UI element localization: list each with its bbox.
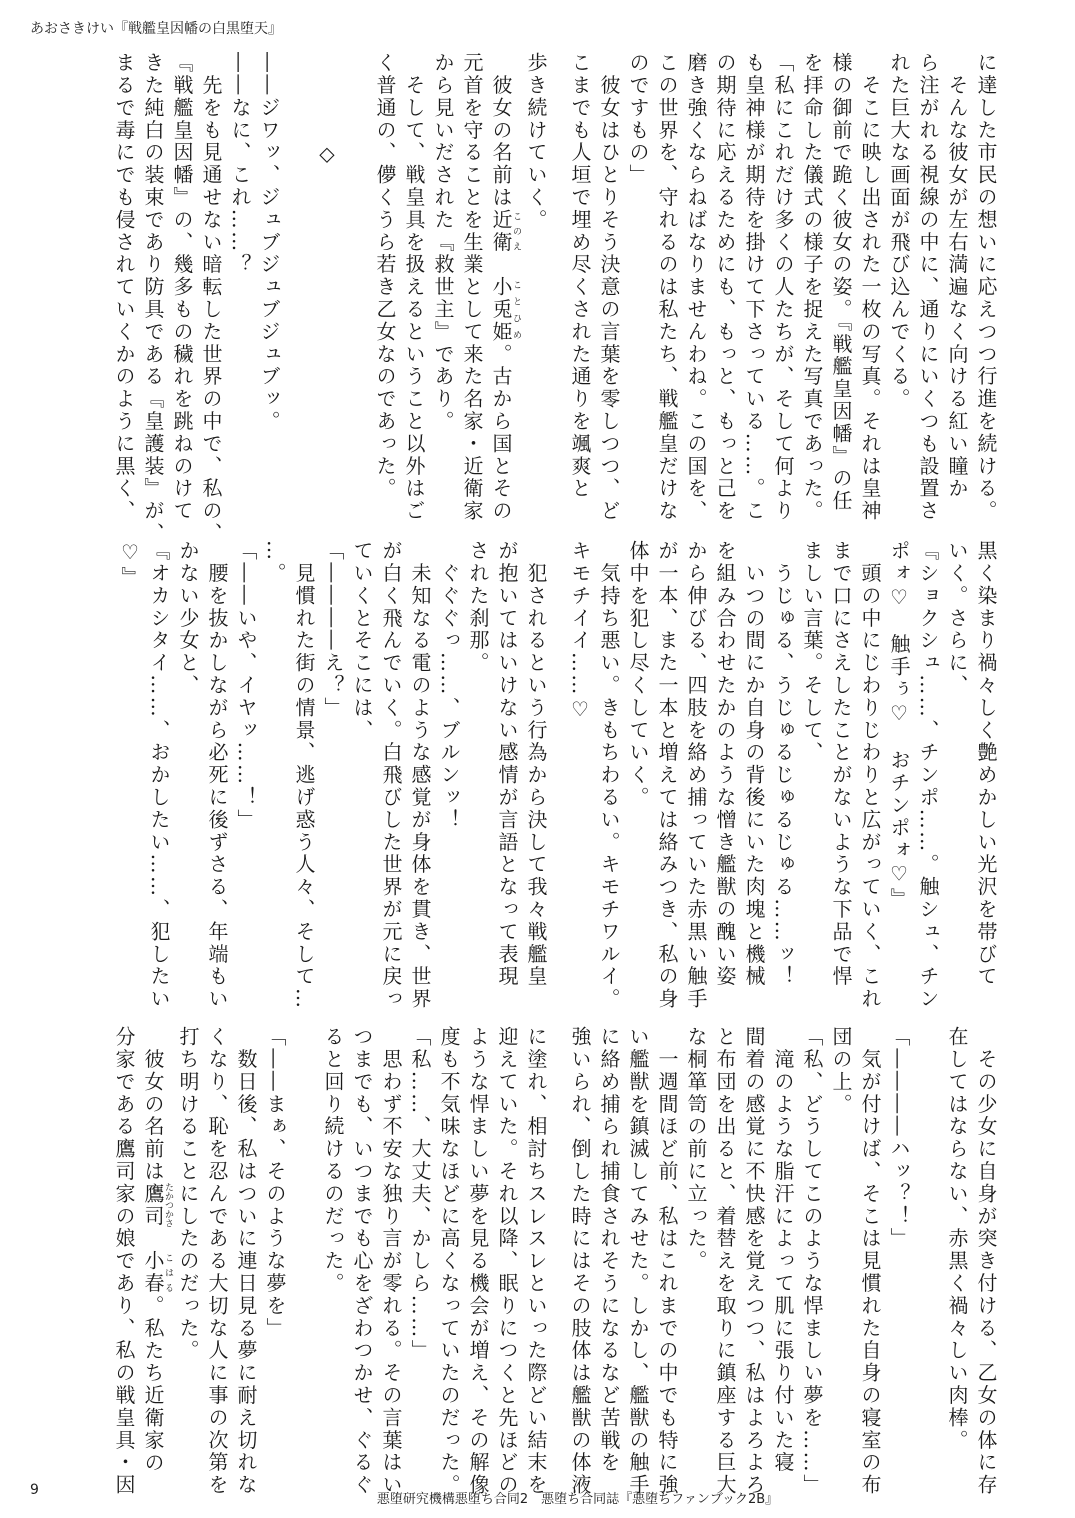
ruby-annotation: 近衛このえ [489, 209, 513, 254]
text-column: 「私にこれだけ多くの人たちが、そして何より [768, 52, 797, 502]
text-column: この世界を、守れるのは私たち、戦艦皇だけな [652, 52, 681, 502]
text-column: 強いられ、倒した時にはその肢体は艦獣の体液 [565, 1026, 594, 1476]
text-column: 黒く染まり禍々しく艶めかしい光沢を帯びて [971, 540, 1000, 990]
text-column: も皇神様が期待を掛けて下さっている……。こ [739, 52, 768, 502]
text-column: ――なに、これ……？ [225, 52, 254, 502]
text-column: まるで毒にでも侵されていくかのように黒く、 [109, 52, 138, 502]
text-column: ましい言葉。そして、 [797, 540, 826, 990]
tier-3-right-block: その少女に自身が突き付ける、乙女の体に存在してはならない、赤黒く禍々しい肉棒。 … [565, 1026, 1000, 1476]
text-column: 「――いや、イヤッ……！」 [231, 540, 260, 990]
text-column: 数日後、私はついに連日見る夢に耐え切れな [231, 1026, 260, 1476]
text-column: ら注がれる視線の中に、通りにいくつも設置さ [913, 52, 942, 502]
text-column: 未知なる電のような感覚が身体を貫き、世界 [405, 540, 434, 990]
text-column: 彼女はひとりそう決意の言葉を零しつつ、ど [594, 52, 623, 502]
text-column: 腰を抜かしながら必死に後ずさる、年端もい [202, 540, 231, 990]
text-column: 彼女の名前は鷹司たかつかさ 小春こはる。私たち近衛家の [138, 1026, 173, 1476]
text-column [341, 52, 370, 502]
text-column: が抱いてはいけない感情が言語となって表現 [492, 540, 521, 990]
text-column: 「――まぁ、そのような夢を」 [260, 1026, 289, 1476]
text-column: された刹那。 [463, 540, 492, 990]
text-column: くなり、恥を忍んである大切な人に事の次第を [202, 1026, 231, 1476]
text-column: 元首を守ることを生業として来た名家・近衛家 [457, 52, 486, 502]
text-column: 分家である鷹司家の娘であり、私の戦皇具・因 [109, 1026, 138, 1476]
text-column: 一週間ほど前、私はこれまでの中でも特に強 [652, 1026, 681, 1476]
text-column: ると回り続けるのだった。 [318, 1026, 347, 1476]
text-column: うじゅる、うじゅるじゅるじゅる……ッ！ [768, 540, 797, 990]
text-column: 思わず不安な独り言が零れる。その言葉はい [376, 1026, 405, 1476]
tier-1-left-block: 歩き続けていく。 彼女の名前は近衛このえ 小兎姫ことひめ。古から国とその元首を守… [109, 52, 550, 502]
text-column [283, 52, 312, 502]
text-column: 「私、どうしてこのような悍ましい夢を……」 [797, 1026, 826, 1476]
text-column: 『オカシタイ……、おかしたい……、犯したい [144, 540, 173, 990]
text-column: 迎えていた。それ以降、眠りにつくと先ほどの [492, 1026, 521, 1476]
text-column: ていくとそこには、 [347, 540, 376, 990]
text-column: から見いだされた『救世主』であり。 [428, 52, 457, 502]
text-column: 「私……、大丈夫、かしら……」 [405, 1026, 434, 1476]
text-column: 気が付けば、そこは見慣れた自身の寝室の布 [855, 1026, 884, 1476]
tier-2-right-block: 黒く染まり禍々しく艶めかしい光沢を帯びていく。さらに、『ショクシュ……、チンポ…… [565, 540, 1000, 990]
text-column: 間着の感覚に不快感を覚えつつ、私はよろよろ [739, 1026, 768, 1476]
text-column: 在してはならない、赤黒く禍々しい肉棒。 [942, 1026, 971, 1476]
text-column: ような悍ましい夢を見る機会が増え、その解像 [463, 1026, 492, 1476]
text-column: 体中を犯し尽くしていく。 [623, 540, 652, 990]
text-column: い艦獣を鎮滅してみせた。しかし、艦獣の触手 [623, 1026, 652, 1476]
text-column: そこに映し出された一枚の写真。それは皇神 [855, 52, 884, 502]
ruby-annotation: 小春こはる [141, 1250, 165, 1295]
text-column: ♡』 [115, 540, 144, 990]
text-column: が白く飛んでいく。白飛びした世界が元に戻っ [376, 540, 405, 990]
text-column: いつの間にか自身の背後にいた肉塊と機械 [739, 540, 768, 990]
text-column: 様の御前で跪く彼女の姿。『戦艦皇因幡』の任 [826, 52, 855, 502]
text-column: つまでも、いつまでも心をざわつかせ、ぐるぐ [347, 1026, 376, 1476]
text-column: に絡め捕られ捕食されそうになるなど苦戦を [594, 1026, 623, 1476]
text-column: そんな彼女が左右満遍なく向ける紅い瞳か [942, 52, 971, 502]
text-column: まで口にさえしたことがないような下品で悍 [826, 540, 855, 990]
text-column: 見慣れた街の情景、逃げ惑う人々、そして… [289, 540, 318, 990]
text-column: ポォ♡ 触手ぅ♡ おチンポォ♡』 [884, 540, 913, 990]
text-column: のですもの」 [623, 52, 652, 502]
text-column: 団の上。 [826, 1026, 855, 1476]
tier-2-left-block: 犯されるという行為から決して我々戦艦皇が抱いてはいけない感情が言語となって表現さ… [115, 540, 550, 990]
text-column: そして、戦皇具を扱えるということ以外はご [399, 52, 428, 502]
text-column: いく。さらに、 [942, 540, 971, 990]
text-column: ――ジワッ、ジュブジュブジュブッ。 [254, 52, 283, 502]
text-column [289, 1026, 318, 1476]
text-column: こまでも人垣で埋め尽くされた通りを颯爽と [565, 52, 594, 502]
section-break-diamond: ◇ [312, 52, 341, 502]
text-column: その少女に自身が突き付ける、乙女の体に存 [971, 1026, 1000, 1476]
text-column: を拝命した儀式の様子を捉えた写真であった。 [797, 52, 826, 502]
tier-1-right-block: に達した市民の想いに応えつつ行進を続ける。 そんな彼女が左右満遍なく向ける紅い瞳… [565, 52, 1000, 502]
text-column: 頭の中にじわりじわりと広がっていく、これ [855, 540, 884, 990]
text-column: 「――――ハッ？！」 [884, 1026, 913, 1476]
publication-footer: 悪堕研究機構悪堕ち合同2 悪堕ち合同誌『悪堕ちファンブック2B』 [0, 1488, 1075, 1507]
text-column: に達した市民の想いに応えつつ行進を続ける。 [971, 52, 1000, 502]
text-column: れた巨大な画面が飛び込んでくる。 [884, 52, 913, 502]
text-column: 「――――え？」 [318, 540, 347, 990]
text-column: かない少女と、 [173, 540, 202, 990]
text-column: ぐぐぐっ……、ブルンッ！ [434, 540, 463, 990]
text-column: 犯されるという行為から決して我々戦艦皇 [521, 540, 550, 990]
text-column: と布団を出ると、着替えを取りに鎮座する巨大 [710, 1026, 739, 1476]
ruby-annotation: 小兎姫ことひめ [489, 276, 513, 343]
text-column: を組み合わせたかのような憎き艦獣の醜い姿 [710, 540, 739, 990]
text-column: 度も不気味なほどに高くなっていたのだった。 [434, 1026, 463, 1476]
text-column: キモチイイ……♡ [565, 540, 594, 990]
text-column: 滝のような脂汗によって肌に張り付いた寝 [768, 1026, 797, 1476]
text-column: …。 [260, 540, 289, 990]
text-column: 『ショクシュ……、チンポ……。触シュ、チン [913, 540, 942, 990]
text-column: 打ち明けることにしたのだった。 [173, 1026, 202, 1476]
text-column: が一本、また一本と増えては絡みつき、私の身 [652, 540, 681, 990]
running-header: あおさきけい『戦艦皇因幡の白黒堕天』 [30, 18, 282, 38]
text-column: 『戦艦皇因幡』の、幾多もの穢れを跳ねのけて [167, 52, 196, 502]
text-column: な桐箪笥の前に立った。 [681, 1026, 710, 1476]
text-column: から伸びる、四肢を絡め捕っていた赤黒い触手 [681, 540, 710, 990]
text-column: 歩き続けていく。 [521, 52, 550, 502]
text-column: 磨き強くならねばなりませんわね。この国を、 [681, 52, 710, 502]
text-column: く普通の、儚くうら若き乙女なのであった。 [370, 52, 399, 502]
ruby-annotation: 鷹司たかつかさ [141, 1183, 165, 1228]
text-column: の期待に応えるためにも、もっと、もっと己を [710, 52, 739, 502]
text-column [913, 1026, 942, 1476]
text-column: 先をも見通せない暗転した世界の中で、私の、 [196, 52, 225, 502]
text-column: きた純白の装束であり防具である『皇護装』が、 [138, 52, 167, 502]
text-column: に塗れ、相討ちスレスレといった際どい結末を [521, 1026, 550, 1476]
text-column: 気持ち悪い。きもちわるい。キモチワルイ。 [594, 540, 623, 990]
tier-3-left-block: に塗れ、相討ちスレスレといった際どい結末を迎えていた。それ以降、眠りにつくと先ほ… [109, 1026, 550, 1476]
text-column: 彼女の名前は近衛このえ 小兎姫ことひめ。古から国とその [486, 52, 521, 502]
